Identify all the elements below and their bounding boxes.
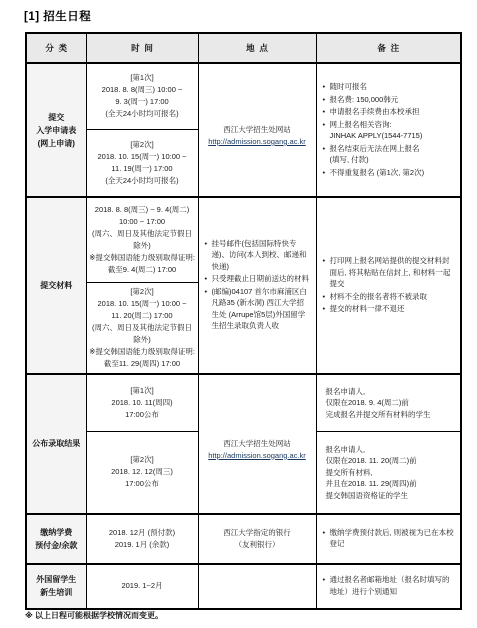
note-item: 缴纳学费预付款后, 则被视为已在本校登记	[322, 527, 456, 550]
note-item: 报名费: 150,000韩元	[322, 94, 456, 106]
admission-site-name: 西江大学招生处网站	[223, 439, 291, 448]
row1-time-round1-cell: [第1次] 2018. 8. 8(周三) 10:00 ~ 9. 3(周一) 17…	[86, 63, 198, 129]
row2-notes-cell: 打印网上报名网站提供的提交材料封面后, 将其粘贴在信封上, 和材料一起提交 材料…	[316, 197, 461, 374]
location-item: 只受理截止日期前送达的材料	[204, 273, 311, 285]
note-item: 不得重复报名 (第1次, 第2次)	[322, 167, 456, 179]
admission-site-link[interactable]: http://admission.sogang.ac.kr	[208, 450, 306, 462]
row2-location-cell: 挂号邮件(包括国际特快专递)、访问(本人到校、邮递和快递) 只受理截止日期前送达…	[198, 197, 316, 374]
row5-location-cell	[198, 564, 316, 609]
note-item: 随时可报名	[322, 81, 456, 93]
note-item: 报名结束后无法在网上报名 (填写, 付款)	[322, 143, 456, 166]
note-item: 网上报名相关咨询: JINHAK APPLY(1544-7715)	[322, 119, 456, 142]
row5-category-cell: 外国留学生 新生培训	[26, 564, 86, 609]
row3-notes-round2-cell: 报名申请人, 仅限在2018. 11. 20(周二)前 提交所有材料, 并且在2…	[316, 432, 461, 514]
row3-time-round1-cell: [第1次] 2018. 10. 11(周四) 17:00公布	[86, 374, 198, 432]
row2-time-round1-cell: 2018. 8. 8(周三) ~ 9. 4(周二) 10:00 ~ 17:00 …	[86, 197, 198, 282]
admission-site-link[interactable]: http://admission.sogang.ac.kr	[208, 136, 306, 148]
note-item: 通过报名者邮箱地址（报名时填写的地址）进行个别通知	[322, 574, 456, 597]
note-item: 申请报名手续费由本校承担	[322, 106, 456, 118]
row4-category-cell: 缴纳学费 预付金/余款	[26, 514, 86, 564]
row2-category-cell: 提交材料	[26, 197, 86, 374]
note-item: 打印网上报名网站提供的提交材料封面后, 将其粘贴在信封上, 和材料一起提交	[322, 255, 456, 290]
row5-notes-cell: 通过报名者邮箱地址（报名时填写的地址）进行个别通知	[316, 564, 461, 609]
row4-location-cell: 西江大学指定的银行 （友利银行）	[198, 514, 316, 564]
col-header-location: 地 点	[198, 33, 316, 63]
row5-time-cell: 2019. 1~2月	[86, 564, 198, 609]
row2-time-round2-cell: [第2次] 2018. 10. 15(周一) 10:00 ~ 11. 20(周二…	[86, 282, 198, 374]
col-header-time: 时 间	[86, 33, 198, 63]
row3-location-cell: 西江大学招生处网站 http://admission.sogang.ac.kr	[198, 374, 316, 514]
schedule-change-footnote: ※ 以上日程可能根据学校情况而变更。	[25, 610, 163, 621]
admission-site-name: 西江大学招生处网站	[223, 125, 291, 134]
row1-notes-cell: 随时可报名 报名费: 150,000韩元 申请报名手续费由本校承担 网上报名相关…	[316, 63, 461, 197]
row4-notes-cell: 缴纳学费预付款后, 则被视为已在本校登记	[316, 514, 461, 564]
location-item: 挂号邮件(包括国际特快专递)、访问(本人到校、邮递和快递)	[204, 238, 311, 273]
row3-time-round2-cell: [第2次] 2018. 12. 12(周三) 17:00公布	[86, 432, 198, 514]
row1-category-cell: 提交 入学申请表 (网上申请)	[26, 63, 86, 197]
location-item: (邮编)04107 首尔市麻浦区白凡路35 (新水洞) 西江大学招生处 (Arr…	[204, 286, 311, 332]
row3-notes-round1-cell: 报名申请人, 仅限在2018. 9. 4(周二)前 完成报名并提交所有材料的学生	[316, 374, 461, 432]
note-item: 提交的材料一律不退还	[322, 303, 456, 315]
page-title: [1] 招生日程	[24, 8, 91, 24]
admission-schedule-table: 分 类 时 间 地 点 备 注 提交 入学申请表 (网上申请) [第1次] 20…	[25, 32, 462, 610]
row1-time-round2-cell: [第2次] 2018. 10. 15(周一) 10:00 ~ 11. 19(周一…	[86, 129, 198, 197]
note-item: 材料不全的报名者将不被录取	[322, 291, 456, 303]
col-header-category: 分 类	[26, 33, 86, 63]
row3-category-cell: 公布录取结果	[26, 374, 86, 514]
row4-time-cell: 2018. 12月 (预付款) 2019. 1月 (余款)	[86, 514, 198, 564]
col-header-notes: 备 注	[316, 33, 461, 63]
row1-location-cell: 西江大学招生处网站 http://admission.sogang.ac.kr	[198, 63, 316, 197]
